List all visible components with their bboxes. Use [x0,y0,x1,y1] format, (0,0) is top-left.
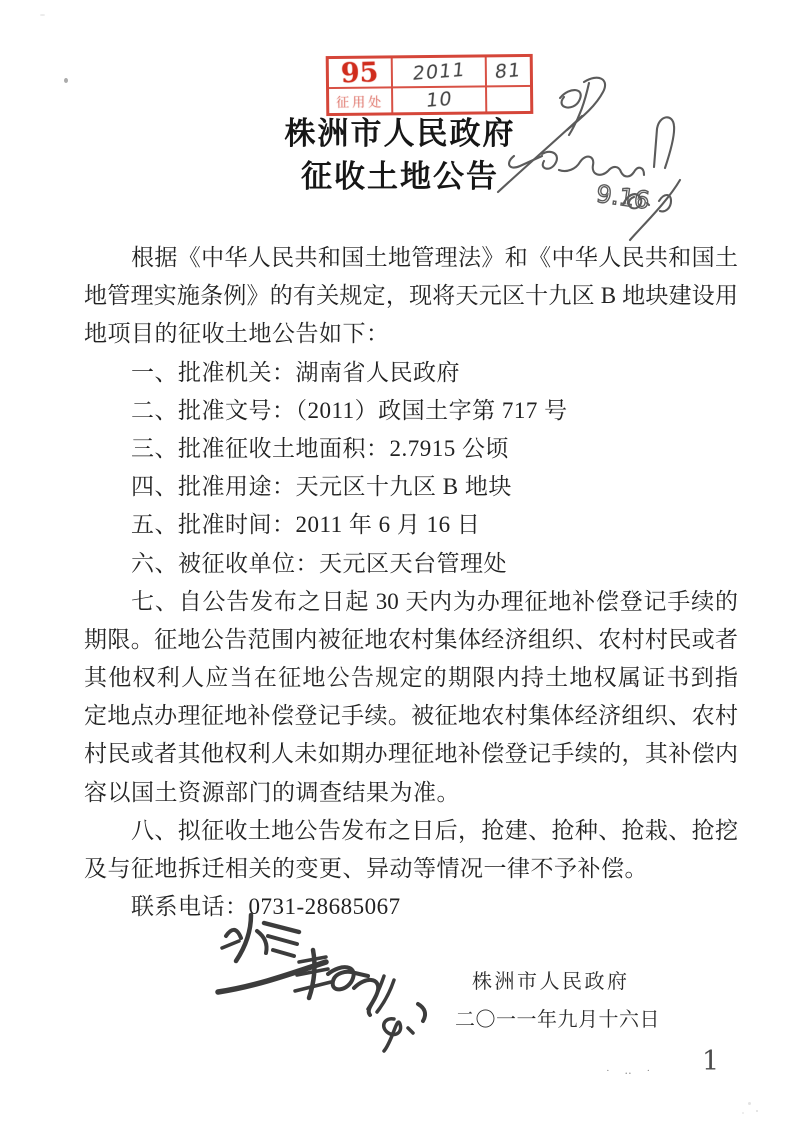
body-line: 地管理实施条例》的有关规定，现将天元区十九区 B 地块建设用 [84,277,738,315]
page-number: 1 [702,1046,719,1077]
handwritten-year: 2011 [411,59,466,85]
body-line: 七、自公告发布之日起 30 天内为办理征地补偿登记手续的 [84,583,738,621]
stamp-cell-year: 2011 [393,57,487,88]
scanned-document-page: 95 2011 81 征用处 10 株洲市人民政府 征收土地公告 [0,0,800,1136]
body-line-land-area: 三、批准征收土地面积：2.7915 公顷 [84,430,738,468]
scan-speck [748,1102,751,1105]
body-line-expropriated-unit: 六、被征收单位：天元区天台管理处 [84,545,738,583]
body-line: 及与征地拆迁相关的变更、异动等情况一律不予补偿。 [84,850,738,888]
body-line-approved-use: 四、批准用途：天元区十九区 B 地块 [84,468,738,506]
body-line: 八、拟征收土地公告发布之日后，抢建、抢种、抢栽、抢挖 [84,812,738,850]
handwritten-signature [212,912,447,1057]
body-line: 根据《中华人民共和国土地管理法》和《中华人民共和国土 [84,239,738,277]
scan-speck [756,1110,758,1112]
scan-speck [64,78,68,83]
stamp-number: 95 [341,57,379,89]
stamp-cell-office: 征用处 [329,88,393,113]
scan-artifact-dots: · ‥ · [606,1064,676,1077]
body-line-approval-date: 五、批准时间：2011 年 6 月 16 日 [84,506,738,544]
body-line: 其他权利人应当在征地公告规定的期限内持土地权属证书到指 [84,659,738,697]
handwritten-date-mark: 9.16 [588,172,668,227]
document-title: 株洲市人民政府 征收土地公告 [0,112,800,198]
body-line: 容以国土资源部门的调查结果为准。 [84,774,738,812]
stamp-cell-serial: 95 [329,58,393,89]
body-line: 定地点办理征地补偿登记手续。被征地农村集体经济组织、农村 [84,697,738,735]
scan-speck [40,14,45,16]
handwritten-count: 10 [425,88,454,112]
stamp-cell-count: 10 [393,87,487,112]
handwritten-date-text: 9.16 [595,180,652,215]
body-line: 期限。征地公告范围内被征地农村集体经济组织、农村村民或者 [84,621,738,659]
title-line-2: 征收土地公告 [0,155,800,198]
title-line-1: 株洲市人民政府 [0,112,800,155]
signoff-organization: 株洲市人民政府 [472,965,630,994]
signoff-date: 二〇一一年九月十六日 [455,1003,660,1032]
scan-speck [742,1112,744,1114]
body-line-approving-authority: 一、批准机关：湖南省人民政府 [84,354,738,392]
body-line: 村民或者其他权利人未如期办理征地补偿登记手续的，其补偿内 [84,735,738,773]
stamp-office-label: 征用处 [336,91,384,111]
body-line-approval-doc-no: 二、批准文号：（2011）政国土字第 717 号 [84,392,738,430]
body-line: 地项目的征收土地公告如下： [84,315,738,353]
document-body: 根据《中华人民共和国土地管理法》和《中华人民共和国土 地管理实施条例》的有关规定… [84,239,738,926]
